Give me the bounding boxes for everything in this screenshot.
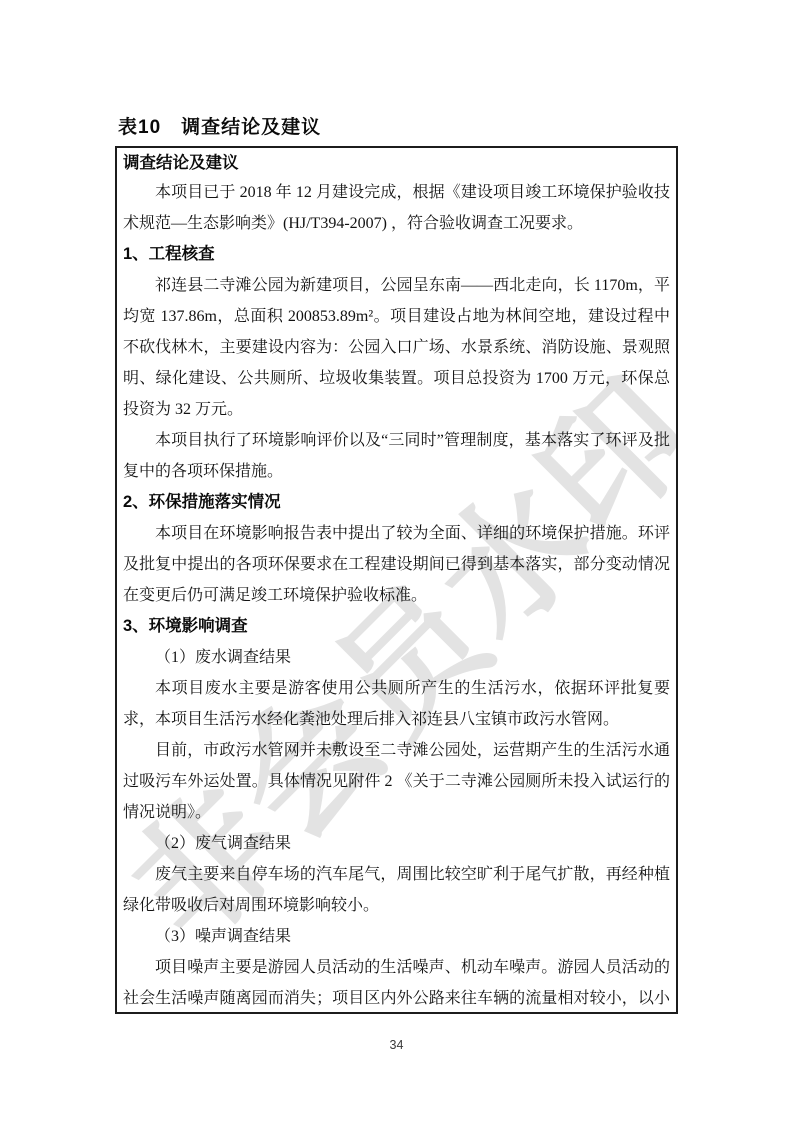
paragraph: 废气主要来自停车场的汽车尾气，周围比较空旷利于尾气扩散，再经种植绿化带吸收后对周… [123,859,670,921]
page-number: 34 [0,1038,793,1052]
sub-section-heading: （3）噪声调查结果 [123,921,670,952]
section-heading: 1、工程核查 [123,239,670,270]
table-header-cell: 调查结论及建议 [123,149,670,177]
section-heading: 3、环境影响调查 [123,611,670,642]
paragraph: 本项目在环境影响报告表中提出了较为全面、详细的环境保护措施。环评及批复中提出的各… [123,518,670,611]
sub-section-heading: （2）废气调查结果 [123,828,670,859]
paragraph: 本项目废水主要是游客使用公共厕所产生的生活污水，依据环评批复要求，本项目生活污水… [123,673,670,735]
paragraph: 本项目已于 2018 年 12 月建设完成，根据《建设项目竣工环境保护验收技术规… [123,177,670,239]
paragraph: 祁连县二寺滩公园为新建项目，公园呈东南——西北走向，长 1170m，平均宽 13… [123,270,670,425]
page-title: 表10 调查结论及建议 [118,112,321,139]
conclusions-table: 调查结论及建议 本项目已于 2018 年 12 月建设完成，根据《建设项目竣工环… [115,146,678,1014]
paragraph: 本项目执行了环境影响评价以及“三同时”管理制度，基本落实了环评及批复中的各项环保… [123,425,670,487]
paragraph: 项目噪声主要是游园人员活动的生活噪声、机动车噪声。游园人员活动的社会生活噪声随离… [123,952,670,1014]
table-body: 本项目已于 2018 年 12 月建设完成，根据《建设项目竣工环境保护验收技术规… [123,177,670,1014]
sub-section-heading: （1）废水调查结果 [123,642,670,673]
section-heading: 2、环保措施落实情况 [123,487,670,518]
paragraph: 目前，市政污水管网并未敷设至二寺滩公园处，运营期产生的生活污水通过吸污车外运处置… [123,735,670,828]
